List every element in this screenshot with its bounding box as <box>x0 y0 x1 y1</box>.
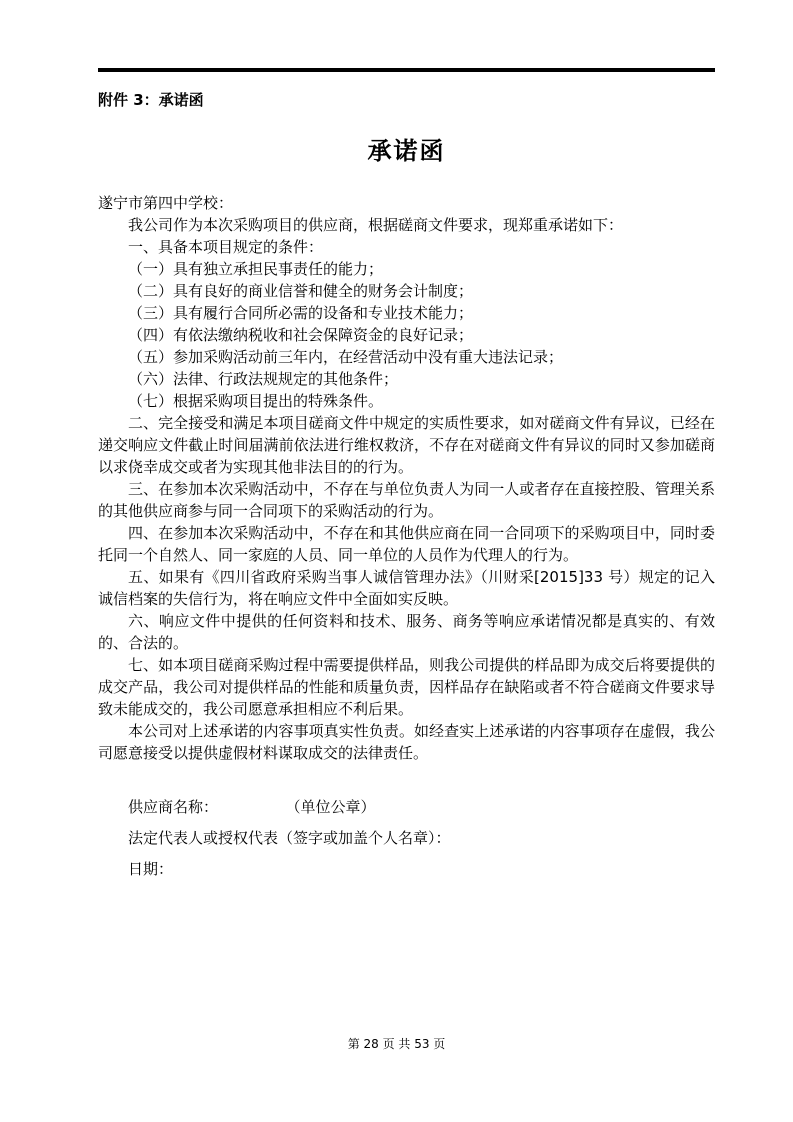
document-title: 承诺函 <box>98 138 715 164</box>
supplier-name-line: 供应商名称：（单位公章） <box>98 796 715 818</box>
paragraph: 五、如果有《四川省政府采购当事人诚信管理办法》（川财采[2015]33 号）规定… <box>98 566 715 610</box>
paragraph: 我公司作为本次采购项目的供应商，根据磋商文件要求，现郑重承诺如下： <box>98 214 715 236</box>
attachment-heading: 附件 3：承诺函 <box>98 92 715 108</box>
paragraph: （五）参加采购活动前三年内，在经营活动中没有重大违法记录； <box>98 346 715 368</box>
paragraph: （四）有依法缴纳税收和社会保障资金的良好记录； <box>98 324 715 346</box>
paragraph: 三、在参加本次采购活动中，不存在与单位负责人为同一人或者存在直接控股、管理关系的… <box>98 478 715 522</box>
paragraph: 二、完全接受和满足本项目磋商文件中规定的实质性要求，如对磋商文件有异议，已经在递… <box>98 412 715 478</box>
paragraph: （一）具有独立承担民事责任的能力； <box>98 258 715 280</box>
document-body: 遂宁市第四中学校：我公司作为本次采购项目的供应商，根据磋商文件要求，现郑重承诺如… <box>98 192 715 764</box>
paragraph: 遂宁市第四中学校： <box>98 192 715 214</box>
signature-block: 供应商名称：（单位公章） 法定代表人或授权代表（签字或加盖个人名章）： 日期： <box>98 796 715 880</box>
document-page: 附件 3：承诺函 承诺函 遂宁市第四中学校：我公司作为本次采购项目的供应商，根据… <box>0 0 793 1122</box>
paragraph: （七）根据采购项目提出的特殊条件。 <box>98 390 715 412</box>
paragraph: （六）法律、行政法规规定的其他条件； <box>98 368 715 390</box>
header-divider <box>98 68 715 72</box>
page-number: 第 28 页 共 53 页 <box>0 1036 793 1052</box>
paragraph: 一、具备本项目规定的条件： <box>98 236 715 258</box>
paragraph: （二）具有良好的商业信誉和健全的财务会计制度； <box>98 280 715 302</box>
paragraph: （三）具有履行合同所必需的设备和专业技术能力； <box>98 302 715 324</box>
paragraph: 四、在参加本次采购活动中，不存在和其他供应商在同一合同项下的采购项目中，同时委托… <box>98 522 715 566</box>
paragraph: 七、如本项目磋商采购过程中需要提供样品，则我公司提供的样品即为成交后将要提供的成… <box>98 654 715 720</box>
representative-line: 法定代表人或授权代表（签字或加盖个人名章）： <box>98 827 715 849</box>
supplier-name-label: 供应商名称： <box>128 798 218 816</box>
company-seal-note: （单位公章） <box>293 798 376 816</box>
paragraph: 本公司对上述承诺的内容事项真实性负责。如经查实上述承诺的内容事项存在虚假，我公司… <box>98 720 715 764</box>
paragraph: 六、响应文件中提供的任何资料和技术、服务、商务等响应承诺情况都是真实的、有效的、… <box>98 610 715 654</box>
date-line: 日期： <box>98 858 715 880</box>
